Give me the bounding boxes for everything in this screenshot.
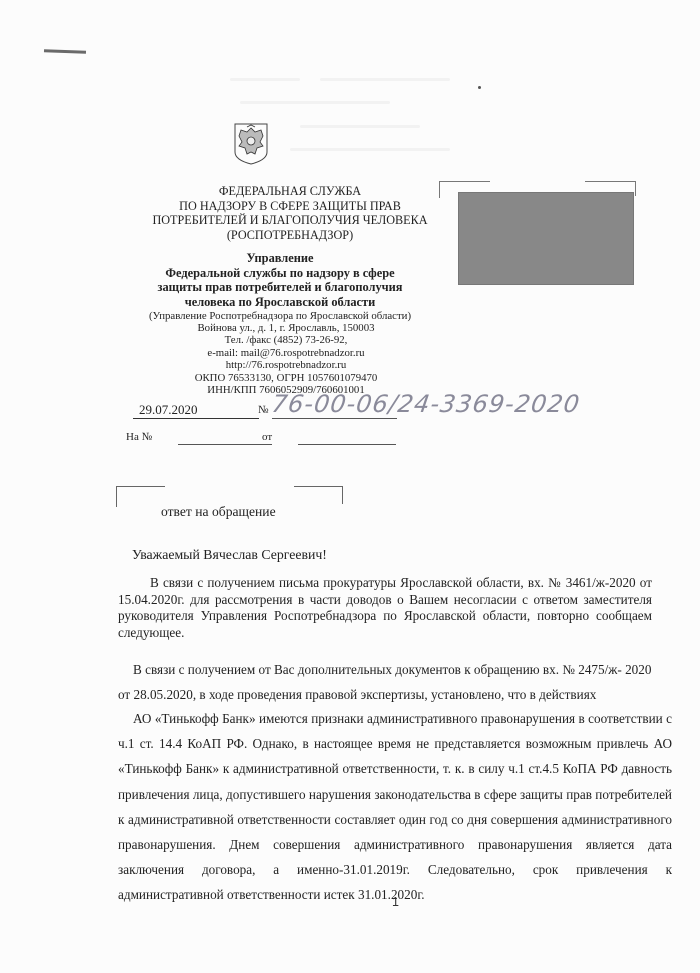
contact-details: Войнова ул., д. 1, г. Ярославль, 150003 … (170, 322, 402, 396)
phone: Тел. /факс (4852) 73-26-92, (170, 334, 402, 346)
recipient-block (436, 178, 636, 278)
bleed-through (240, 101, 390, 104)
bleed-through (230, 78, 300, 81)
number-underline (272, 418, 397, 419)
registration-row: 29.07.2020 № 76-00-06/24-3369-2020 (120, 396, 600, 426)
reference-row: На № от (120, 428, 420, 448)
scan-corner-mark (44, 49, 86, 53)
bleed-through (320, 78, 450, 81)
redacted-recipient (458, 192, 634, 285)
paragraph-1: В связи с получением письма прокуратуры … (118, 575, 652, 641)
agency-line: ФЕДЕРАЛЬНАЯ СЛУЖБА (150, 184, 430, 199)
ref-from-label: от (262, 431, 272, 443)
agency-line: ПО НАДЗОРУ В СФЕРЕ ЗАЩИТЫ ПРАВ (150, 199, 430, 214)
paragraph-2-line-2: от 28.05.2020, в ходе проведения правово… (118, 682, 672, 707)
department-line: защиты прав потребителей и благополучия (140, 280, 420, 295)
okpo-ogrn: ОКПО 76533130, ОГРН 1057601079470 (170, 372, 402, 384)
ref-date-line (298, 444, 396, 445)
department-line: Управление (140, 251, 420, 266)
department-line: человека по Ярославской области (140, 295, 420, 310)
scan-speck (478, 86, 481, 89)
bleed-through (300, 125, 420, 128)
paragraph-2-line-1: В связи с получением от Вас дополнительн… (118, 657, 672, 682)
subject-line: ответ на обращение (161, 504, 276, 520)
paragraph-2: В связи с получением от Вас дополнительн… (118, 657, 672, 707)
number-label: № (258, 404, 269, 416)
document-page: ФЕДЕРАЛЬНАЯ СЛУЖБА ПО НАДЗОРУ В СФЕРЕ ЗА… (0, 0, 700, 973)
letter-date: 29.07.2020 (133, 402, 259, 419)
address: Войнова ул., д. 1, г. Ярославль, 150003 (170, 322, 402, 334)
agency-line: ПОТРЕБИТЕЛЕЙ И БЛАГОПОЛУЧИЯ ЧЕЛОВЕКА (150, 213, 430, 228)
agency-header: ФЕДЕРАЛЬНАЯ СЛУЖБА ПО НАДЗОРУ В СФЕРЕ ЗА… (150, 184, 430, 242)
department-line: Федеральной службы по надзору в сфере (140, 266, 420, 281)
greeting: Уважаемый Вячеслав Сергеевич! (132, 547, 327, 563)
email: e-mail: mail@76.rospotrebnadzor.ru (170, 347, 402, 359)
website: http://76.rospotrebnadzor.ru (170, 359, 402, 371)
page-number: 1 (392, 895, 399, 909)
bleed-through (290, 148, 450, 151)
ref-number-line (178, 444, 272, 445)
department-header: Управление Федеральной службы по надзору… (140, 251, 420, 324)
handwritten-number: 76-00-06/24-3369-2020 (270, 390, 582, 418)
frame-corner (294, 486, 343, 504)
frame-corner (116, 486, 165, 507)
agency-line: (РОСПОТРЕБНАДЗОР) (150, 228, 430, 243)
coat-of-arms-icon (233, 122, 269, 166)
ref-number-label: На № (126, 431, 152, 443)
paragraph-3: АО «Тинькофф Банк» имеются признаки адми… (118, 706, 672, 908)
